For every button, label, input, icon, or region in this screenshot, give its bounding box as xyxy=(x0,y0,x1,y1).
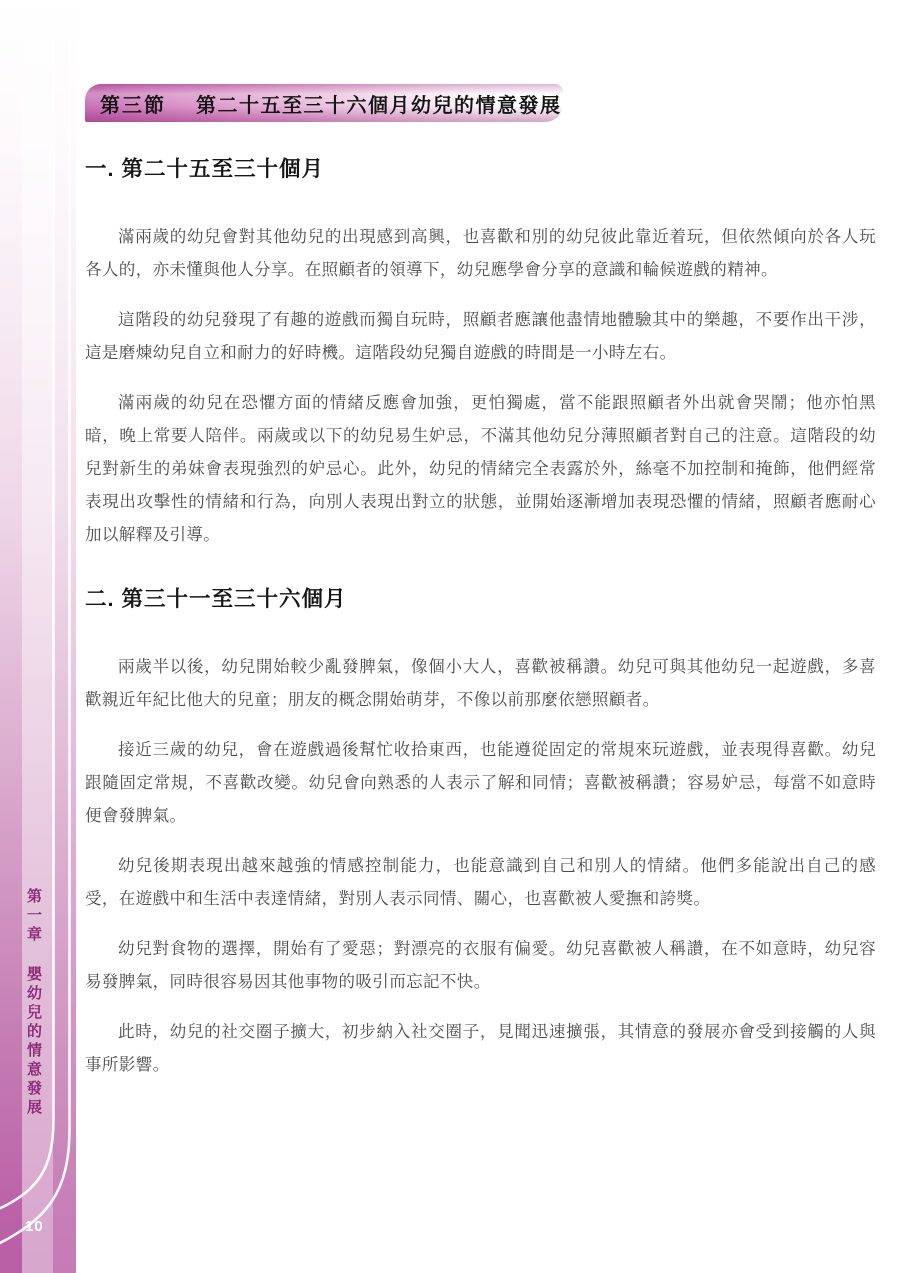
paragraph: 滿兩歲的幼兒在恐懼方面的情緒反應會加強，更怕獨處，當不能跟照顧者外出就會哭鬧；他… xyxy=(85,387,876,552)
paragraph: 幼兒後期表現出越來越強的情感控制能力，也能意識到自己和別人的情緒。他們多能說出自… xyxy=(85,850,876,916)
section-header-bar: 第三節 第二十五至三十六個月幼兒的情意發展 xyxy=(85,84,563,122)
paragraph: 這階段的幼兒發現了有趣的遊戲而獨自玩時，照顧者應讓他盡情地體驗其中的樂趣，不要作… xyxy=(85,304,876,370)
section-header-label: 第三節 xyxy=(100,89,166,118)
subsection-heading-2: 二. 第三十一至三十六個月 xyxy=(85,582,876,613)
book-page: 第一章 嬰幼兒的情意發展 10 第三節 第二十五至三十六個月幼兒的情意發展 一.… xyxy=(0,0,900,1273)
paragraph: 接近三歲的幼兒，會在遊戲過後幫忙收拾東西，也能遵從固定的常規來玩遊戲，並表現得喜… xyxy=(85,734,876,833)
paragraph: 兩歲半以後，幼兒開始較少亂發脾氣，像個小大人，喜歡被稱讚。幼兒可與其他幼兒一起遊… xyxy=(85,651,876,717)
paragraph: 滿兩歲的幼兒會對其他幼兒的出現感到高興，也喜歡和別的幼兒彼此靠近着玩，但依然傾向… xyxy=(85,221,876,287)
sidebar-chapter-label: 第一章 xyxy=(23,888,44,945)
subsection-heading-1: 一. 第二十五至三十個月 xyxy=(85,152,876,183)
paragraph: 此時，幼兒的社交圈子擴大，初步納入社交圈子，見聞迅速擴張，其情意的發展亦會受到接… xyxy=(85,1016,876,1082)
page-number: 10 xyxy=(25,1218,44,1235)
content-column: 第三節 第二十五至三十六個月幼兒的情意發展 一. 第二十五至三十個月 滿兩歲的幼… xyxy=(85,0,876,1099)
section-header-title: 第二十五至三十六個月幼兒的情意發展 xyxy=(196,89,562,118)
sidebar: 第一章 嬰幼兒的情意發展 10 xyxy=(0,0,76,1273)
paragraph: 幼兒對食物的選擇，開始有了愛惡；對漂亮的衣服有偏愛。幼兒喜歡被人稱讚，在不如意時… xyxy=(85,933,876,999)
sidebar-book-title: 嬰幼兒的情意發展 xyxy=(23,966,44,1118)
